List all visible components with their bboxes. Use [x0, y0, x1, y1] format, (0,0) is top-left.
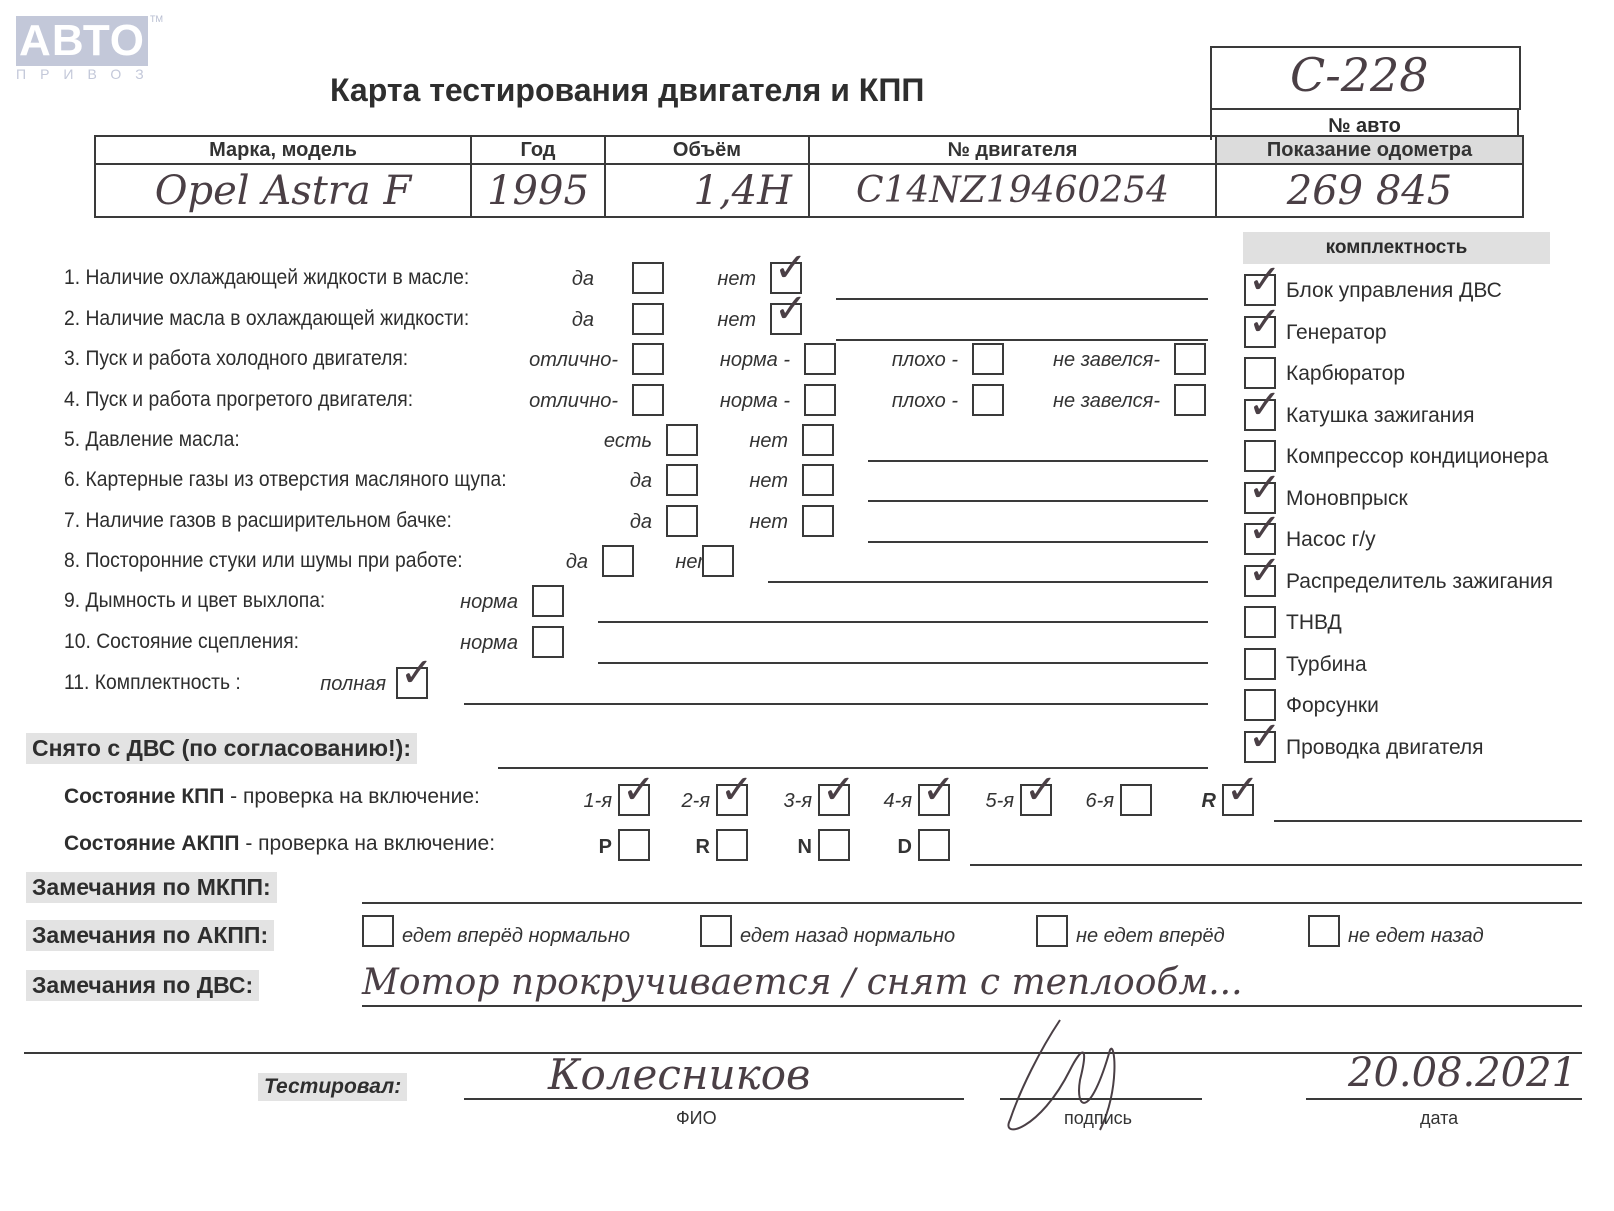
- gear-label: 3-я: [784, 790, 812, 813]
- completeness-item-label: Карбюратор: [1286, 362, 1405, 386]
- option-label: полная: [320, 673, 386, 696]
- option-label: отлично-: [529, 390, 618, 413]
- completeness-item-label: Моновпрыск: [1286, 487, 1408, 511]
- signature-caption: подпись: [1064, 1108, 1132, 1129]
- engine-number-value[interactable]: C14NZ19460254: [809, 164, 1216, 217]
- checklist-item-label: 10. Состояние сцепления:: [64, 630, 299, 654]
- check-mark-icon: ✓: [774, 289, 808, 329]
- gear-label: 5-я: [986, 790, 1014, 813]
- logo-subtitle: ПРИВОЗ: [16, 66, 148, 82]
- option-label: норма -: [720, 349, 790, 372]
- gear-checkbox[interactable]: [716, 829, 748, 861]
- option-label: нет: [749, 430, 788, 453]
- volume-value[interactable]: 1,4H: [605, 164, 809, 217]
- logo: АВТО: [16, 16, 148, 66]
- remarks-dvs-text[interactable]: Мотор прокручивается / снят с теплообм..…: [362, 962, 1243, 1003]
- option-checkbox[interactable]: [804, 384, 836, 416]
- checklist-item-label: 3. Пуск и работа холодного двигателя:: [64, 347, 408, 371]
- option-checkbox[interactable]: [702, 545, 734, 577]
- fio-caption: ФИО: [676, 1108, 717, 1129]
- test-date[interactable]: 20.08.2021: [1348, 1050, 1577, 1096]
- note-line[interactable]: [598, 662, 1208, 664]
- tester-name[interactable]: Колесников: [548, 1050, 810, 1099]
- date-caption: дата: [1420, 1108, 1458, 1129]
- akpp-remark-label: едет вперёд нормально: [402, 925, 630, 948]
- car-info-table: Марка, модель Год Объём № двигателя Пока…: [94, 135, 1524, 218]
- kpp-title: Состояние КПП: [64, 785, 224, 808]
- checklist-item-label: 1. Наличие охлаждающей жидкости в масле:: [64, 266, 469, 290]
- gear-checkbox[interactable]: [818, 829, 850, 861]
- gear-checkbox[interactable]: [1120, 784, 1152, 816]
- completeness-header: комплектность: [1243, 232, 1550, 264]
- option-checkbox[interactable]: [804, 343, 836, 375]
- akpp-remark-label: не едет назад: [1348, 925, 1484, 948]
- option-label: да: [572, 309, 594, 332]
- option-label: да: [630, 511, 652, 534]
- checklist-item-label: 4. Пуск и работа прогретого двигателя:: [64, 388, 413, 412]
- completeness-item-label: Турбина: [1286, 653, 1367, 677]
- option-label: не завелся-: [1053, 349, 1160, 372]
- header-odometer: Показание одометра: [1216, 136, 1523, 164]
- check-mark-icon: ✓: [1248, 551, 1282, 591]
- completeness-item-label: ТНВД: [1286, 611, 1342, 635]
- completeness-item-label: Блок управления ДВС: [1286, 279, 1502, 303]
- remarks-dvs-label: Замечания по ДВС:: [26, 970, 259, 1001]
- note-line[interactable]: [868, 460, 1208, 462]
- option-label: плохо -: [892, 390, 958, 413]
- checklist-item-label: 6. Картерные газы из отверстия масляного…: [64, 468, 507, 492]
- gear-label: 1-я: [584, 790, 612, 813]
- logo-tm: TM: [150, 14, 163, 24]
- header-engine-number: № двигателя: [809, 136, 1216, 164]
- completeness-item-label: Распределитель зажигания: [1286, 570, 1553, 594]
- option-label: нет: [717, 268, 756, 291]
- option-checkbox[interactable]: [666, 424, 698, 456]
- option-checkbox[interactable]: [632, 343, 664, 375]
- option-label: отлично-: [529, 349, 618, 372]
- completeness-item-label: Форсунки: [1286, 694, 1379, 718]
- option-checkbox[interactable]: [666, 505, 698, 537]
- option-label: норма: [460, 591, 518, 614]
- option-label: нет: [749, 511, 788, 534]
- option-label: да: [566, 551, 588, 574]
- make-model-value[interactable]: Opel Astra F: [95, 164, 471, 217]
- gear-label: D: [898, 836, 912, 859]
- option-checkbox[interactable]: [632, 384, 664, 416]
- remarks-akpp-label: Замечания по АКПП:: [26, 920, 274, 951]
- note-line[interactable]: [836, 298, 1208, 300]
- checklist-item-label: 5. Давление масла:: [64, 428, 240, 452]
- checklist-item-label: 7. Наличие газов в расширительном бачке:: [64, 509, 452, 533]
- page-title: Карта тестирования двигателя и КПП: [330, 72, 924, 109]
- akpp-remark-label: не едет вперёд: [1076, 925, 1225, 948]
- checklist-item-label: 9. Дымность и цвет выхлопа:: [64, 589, 325, 613]
- gear-label: N: [798, 836, 812, 859]
- akpp-subtitle: - проверка на включение:: [240, 832, 496, 855]
- option-checkbox[interactable]: [802, 464, 834, 496]
- akpp-remark-label: едет назад нормально: [740, 925, 955, 948]
- kpp-check-label: Состояние КПП - проверка на включение:: [64, 785, 480, 809]
- completeness-item-label: Проводка двигателя: [1286, 736, 1484, 760]
- remarks-mkpp-line[interactable]: [362, 902, 1582, 904]
- option-checkbox[interactable]: [532, 585, 564, 617]
- check-mark-icon: ✓: [774, 248, 808, 288]
- gear-label: 6-я: [1086, 790, 1114, 813]
- auto-number-value: С-228: [1290, 48, 1429, 102]
- header-volume: Объём: [605, 136, 809, 164]
- remarks-dvs-line: [362, 1005, 1582, 1007]
- option-label: нет: [717, 309, 756, 332]
- completeness-item-label: Генератор: [1286, 321, 1387, 345]
- check-mark-icon: ✓: [1248, 385, 1282, 425]
- option-label: норма -: [720, 390, 790, 413]
- option-label: плохо -: [892, 349, 958, 372]
- check-mark-icon: ✓: [822, 770, 856, 810]
- option-checkbox[interactable]: [666, 464, 698, 496]
- akpp-check-label: Состояние АКПП - проверка на включение:: [64, 832, 495, 856]
- gear-label: R: [1202, 790, 1216, 813]
- checklist-item-label: 11. Комплектность :: [64, 671, 241, 695]
- akpp-remark-checkbox[interactable]: [362, 915, 394, 947]
- option-checkbox[interactable]: [972, 384, 1004, 416]
- completeness-item-label: Насос г/у: [1286, 528, 1376, 552]
- year-value[interactable]: 1995: [471, 164, 605, 217]
- check-mark-icon: ✓: [622, 770, 656, 810]
- option-checkbox[interactable]: [1174, 384, 1206, 416]
- note-line[interactable]: [464, 703, 1208, 705]
- gear-label: 4-я: [884, 790, 912, 813]
- completeness-item-label: Компрессор кондиционера: [1286, 445, 1548, 469]
- option-checkbox[interactable]: [532, 626, 564, 658]
- completeness-checkbox[interactable]: [1244, 606, 1276, 638]
- option-checkbox[interactable]: [632, 303, 664, 335]
- header-make-model: Марка, модель: [95, 136, 471, 164]
- akpp-remark-checkbox[interactable]: [700, 915, 732, 947]
- gear-label: 2-я: [682, 790, 710, 813]
- gear-label: P: [599, 836, 612, 859]
- option-checkbox[interactable]: [632, 262, 664, 294]
- option-label: да: [630, 470, 652, 493]
- akpp-note-line[interactable]: [970, 864, 1582, 866]
- option-checkbox[interactable]: [602, 545, 634, 577]
- note-line[interactable]: [868, 541, 1208, 543]
- note-line[interactable]: [868, 500, 1208, 502]
- completeness-item-label: Катушка зажигания: [1286, 404, 1474, 428]
- remarks-mkpp-label: Замечания по МКПП:: [26, 872, 277, 903]
- check-mark-icon: ✓: [1024, 770, 1058, 810]
- option-label: есть: [604, 430, 652, 453]
- check-mark-icon: ✓: [1248, 717, 1282, 757]
- check-mark-icon: ✓: [922, 770, 956, 810]
- checklist-item-label: 8. Посторонние стуки или шумы при работе…: [64, 549, 463, 573]
- gear-checkbox[interactable]: [618, 829, 650, 861]
- checklist-item-label: 2. Наличие масла в охлаждающей жидкости:: [64, 307, 469, 331]
- akpp-remark-checkbox[interactable]: [1308, 915, 1340, 947]
- option-checkbox[interactable]: [802, 424, 834, 456]
- option-checkbox[interactable]: [802, 505, 834, 537]
- check-mark-icon: ✓: [400, 653, 434, 693]
- check-mark-icon: ✓: [1226, 770, 1260, 810]
- gear-checkbox[interactable]: [918, 829, 950, 861]
- option-label: норма: [460, 632, 518, 655]
- kpp-subtitle: - проверка на включение:: [224, 785, 480, 808]
- akpp-title: Состояние АКПП: [64, 832, 240, 855]
- note-line[interactable]: [598, 621, 1208, 623]
- note-line[interactable]: [768, 581, 1208, 583]
- removed-from-engine-label: Снято с ДВС (по согласованию!):: [26, 733, 417, 764]
- signature: [980, 1010, 1180, 1150]
- option-label: да: [572, 268, 594, 291]
- check-mark-icon: ✓: [720, 770, 754, 810]
- akpp-remark-checkbox[interactable]: [1036, 915, 1068, 947]
- odometer-value[interactable]: 269 845: [1216, 164, 1523, 217]
- date-line: [1306, 1098, 1582, 1100]
- option-label: не завелся-: [1053, 390, 1160, 413]
- option-checkbox[interactable]: [972, 343, 1004, 375]
- check-mark-icon: ✓: [1248, 509, 1282, 549]
- header-year: Год: [471, 136, 605, 164]
- note-line[interactable]: [836, 339, 1208, 341]
- gear-label: R: [696, 836, 710, 859]
- kpp-note-line[interactable]: [1274, 820, 1582, 822]
- check-mark-icon: ✓: [1248, 260, 1282, 300]
- option-checkbox[interactable]: [1174, 343, 1206, 375]
- name-line: [464, 1098, 964, 1100]
- option-label: нет: [749, 470, 788, 493]
- check-mark-icon: ✓: [1248, 302, 1282, 342]
- tested-by-label: Тестировал:: [258, 1073, 407, 1101]
- completeness-checkbox[interactable]: [1244, 648, 1276, 680]
- signature-line: [1000, 1098, 1202, 1100]
- check-mark-icon: ✓: [1248, 468, 1282, 508]
